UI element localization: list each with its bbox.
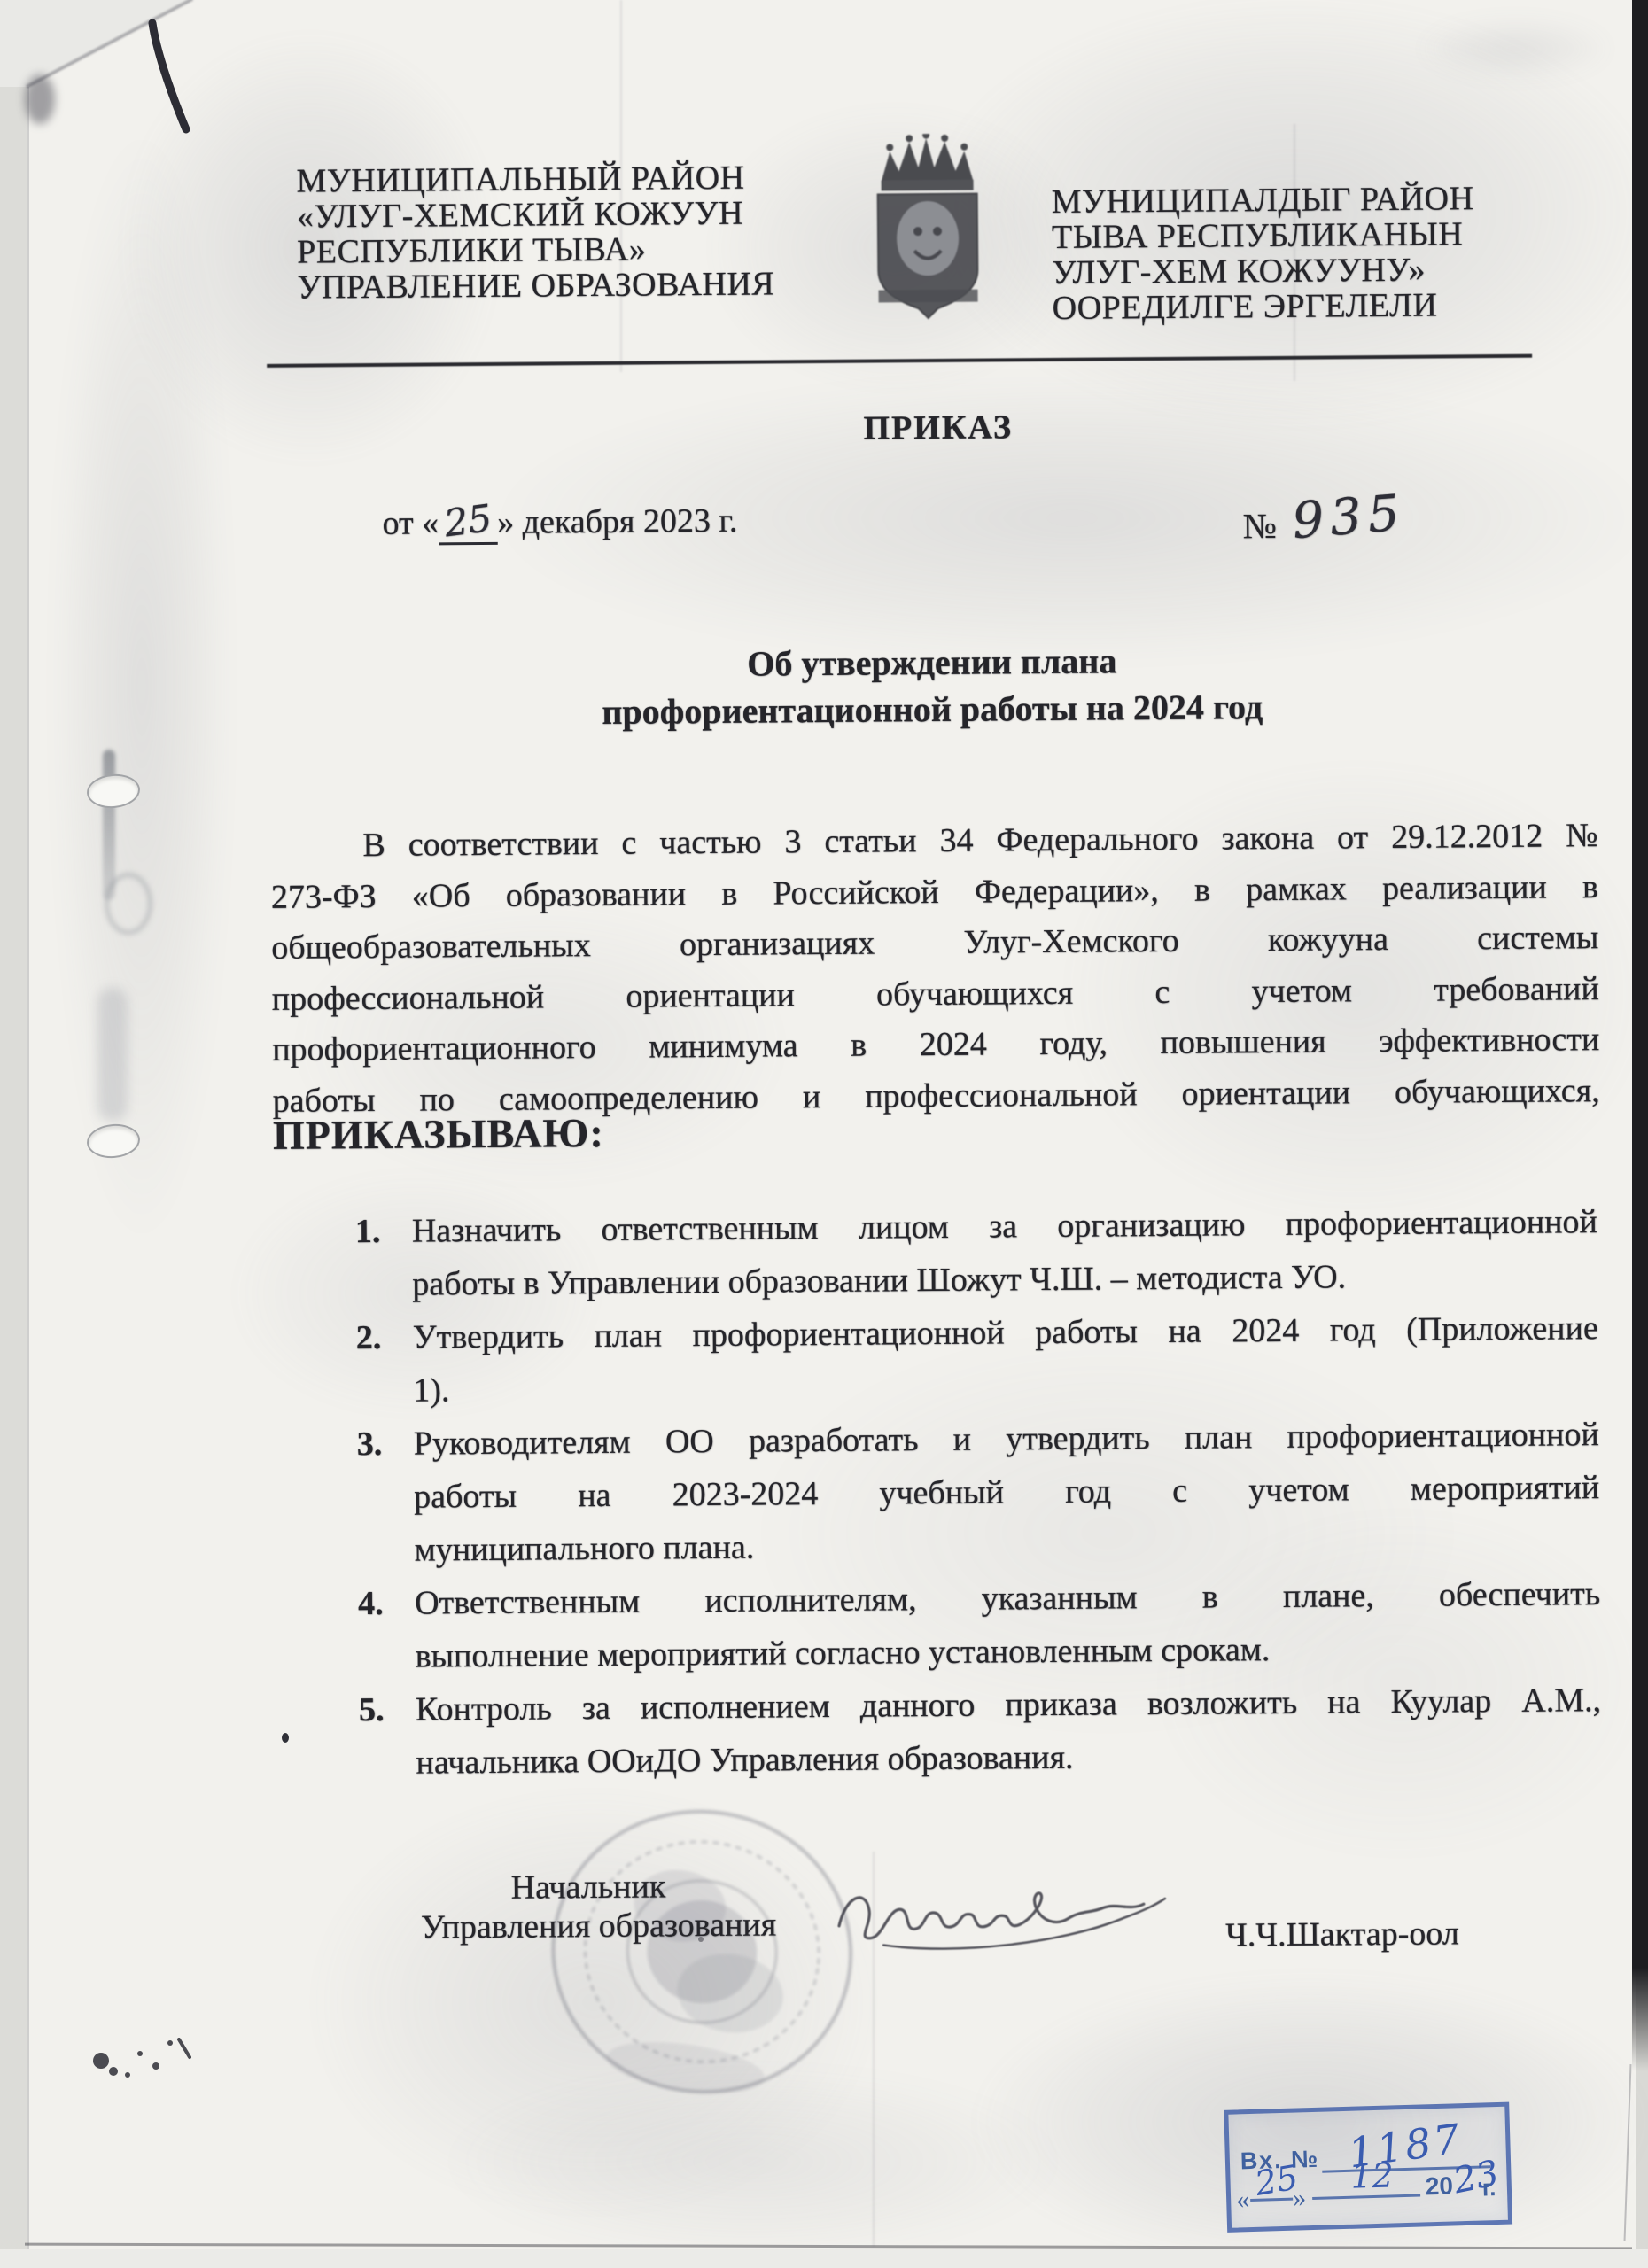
order-item-line: Контроль за исполнением данного приказа … <box>416 1674 1601 1736</box>
header-left-line: «УЛУГ-ХЕМСКИЙ КОЖУУН <box>297 195 774 234</box>
registration-stamp: Вх. № 1187 « 25 » 12 20 23 г. <box>1224 2102 1512 2233</box>
order-item-line: Утвердить план профориентационной работы… <box>413 1301 1598 1364</box>
scanner-background-left <box>0 0 27 2268</box>
paper-left-edge <box>27 0 29 2255</box>
order-item-number: 5. <box>359 1683 416 1790</box>
header-right-line: ТЫВА РЕСПУБЛИКАНЫН <box>1052 216 1474 255</box>
order-item-line: муниципального плана. <box>414 1514 1599 1577</box>
order-item-line: работы в Управлении образовании Шожут Ч.… <box>412 1248 1597 1311</box>
stamp-month-line: 12 <box>1312 2194 1420 2201</box>
order-item: 1. Назначить ответственным лицом за орга… <box>355 1195 1598 1311</box>
corner-smudge <box>25 74 55 124</box>
handwritten-signature <box>830 1868 1212 1969</box>
header-right-block: МУНИЦИПАЛДЫГ РАЙОН ТЫВА РЕСПУБЛИКАНЫН УЛ… <box>1052 181 1475 326</box>
header-right-line: МУНИЦИПАЛДЫГ РАЙОН <box>1052 181 1474 220</box>
scanned-document: МУНИЦИПАЛЬНЫЙ РАЙОН «УЛУГ-ХЕМСКИЙ КОЖУУН… <box>0 0 1648 2268</box>
header-right-line: ООРЕДИЛГЕ ЭРГЕЛЕЛИ <box>1053 287 1475 326</box>
order-item-line: выполнение мероприятий согласно установл… <box>415 1620 1600 1683</box>
order-items-list: 1. Назначить ответственным лицом за орга… <box>355 1195 1602 1790</box>
decree-word: ПРИКАЗЫВАЮ: <box>273 1109 604 1159</box>
date-prefix: от « <box>382 504 439 541</box>
body-paragraph: В соответствии с частью 3 статьи 34 Феде… <box>270 811 1600 1127</box>
document-type-heading: ПРИКАЗ <box>761 407 1116 448</box>
stamp-day-handwritten: 25 <box>1249 2168 1293 2202</box>
order-item-line: работы на 2023-2024 учебный год с учетом… <box>414 1461 1599 1524</box>
signer-position-line: Начальник <box>510 1867 665 1907</box>
coat-of-arms-icon <box>867 134 986 324</box>
order-title-line: профориентационной работы на 2024 год <box>312 681 1552 738</box>
fastener-streak <box>103 750 115 900</box>
signer-name: Ч.Ч.Шактар-оол <box>1225 1914 1459 1954</box>
stamp-month-handwritten: 12 <box>1350 2155 1395 2195</box>
header-left-line: РЕСПУБЛИКИ ТЫВА» <box>297 230 774 269</box>
stamp-quote-close: » <box>1293 2183 1307 2213</box>
header-left-block: МУНИЦИПАЛЬНЫЙ РАЙОН «УЛУГ-ХЕМСКИЙ КОЖУУН… <box>296 159 774 305</box>
ink-blot <box>89 2031 204 2087</box>
order-number-handwritten: 935 <box>1290 484 1408 550</box>
scanner-background-right <box>1632 0 1648 2071</box>
order-item-number: 3. <box>356 1417 414 1577</box>
date-suffix: » декабря 2023 г. <box>497 502 737 541</box>
order-item-line: Ответственным исполнителям, указанным в … <box>415 1567 1600 1630</box>
order-item: 2. Утвердить план профориентационной раб… <box>356 1301 1599 1417</box>
order-item-number: 2. <box>356 1311 414 1417</box>
scanner-background-bottom <box>0 2249 1648 2268</box>
signer-position-line: Управления образования <box>421 1905 776 1946</box>
header-left-line: МУНИЦИПАЛЬНЫЙ РАЙОН <box>296 159 773 198</box>
document-content: МУНИЦИПАЛЬНЫЙ РАЙОН «УЛУГ-ХЕМСКИЙ КОЖУУН… <box>0 0 1648 2268</box>
ink-speck <box>698 1937 704 1942</box>
stamp-year-suffix: г. <box>1481 2174 1496 2202</box>
pen-mark <box>145 18 202 138</box>
order-item: 3. Руководителям ОО разработать и утверд… <box>356 1408 1599 1577</box>
stamp-year-prefix: 20 <box>1425 2171 1453 2201</box>
header-right-line: УЛУГ-ХЕМ КОЖУУНУ» <box>1052 252 1474 291</box>
order-title: Об утверждении плана профориентационной … <box>312 634 1553 738</box>
date-line: от «25» декабря 2023 г. <box>382 497 737 546</box>
fastener-ghost <box>97 988 128 1121</box>
order-item-line: начальника ООиДО Управления образования. <box>416 1727 1601 1790</box>
number-sign: № <box>1242 506 1277 546</box>
order-number-line: №935 <box>1242 492 1406 550</box>
order-item-number: 4. <box>358 1577 416 1683</box>
order-item-line: Руководителям ОО разработать и утвердить… <box>413 1408 1598 1471</box>
order-item-line: Назначить ответственным лицом за организ… <box>412 1195 1597 1258</box>
order-item-number: 1. <box>355 1205 413 1311</box>
ink-speck <box>282 1733 289 1743</box>
fastener-hook <box>105 873 152 935</box>
order-item-line: 1). <box>413 1355 1598 1417</box>
date-day-handwritten: 25 <box>439 499 497 546</box>
order-item: 4. Ответственным исполнителям, указанным… <box>358 1567 1601 1683</box>
header-left-line: УПРАВЛЕНИЕ ОБРАЗОВАНИЯ <box>297 266 774 305</box>
stamp-quote-open: « <box>1236 2185 1250 2215</box>
order-item: 5. Контроль за исполнением данного прика… <box>359 1674 1602 1790</box>
header-divider-line <box>267 354 1532 368</box>
